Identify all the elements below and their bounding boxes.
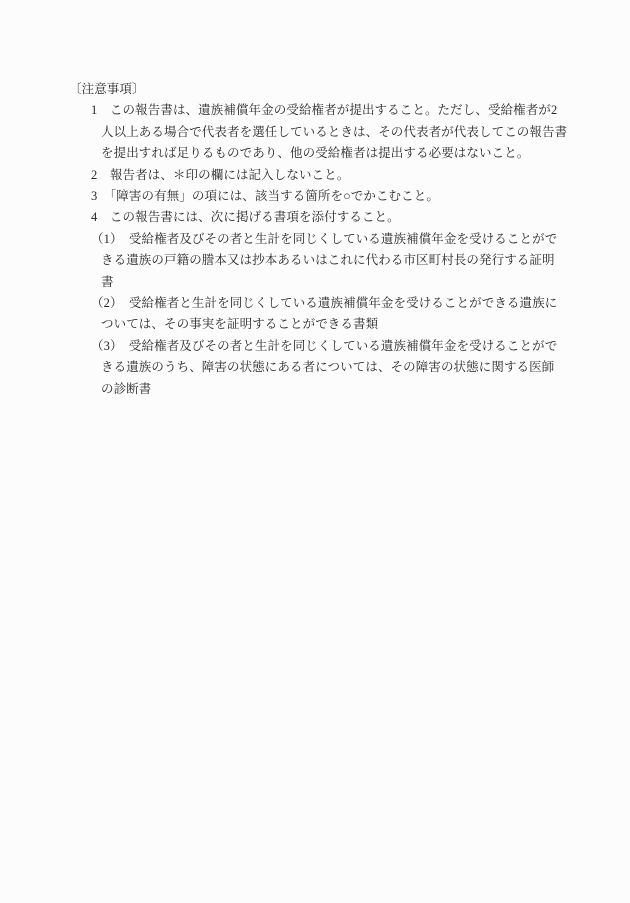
note-1-line-3: を提出すれば足りるものであり、他の受給権者は提出する必要はないこと。 [0, 143, 630, 164]
notes-section: 〔注意事項〕 1 この報告書は、遺族補償年金の受給権者が提出すること。ただし、受… [0, 79, 630, 400]
note-1-line-2: 人以上ある場合で代表者を選任しているときは、その代表者が代表してこの報告書 [0, 122, 630, 143]
note-4-sub-2-line-1: （2） 受給権者と生計を同じくしている遺族補償年金を受けることができる遺族に [0, 293, 630, 314]
note-4-sub-2-line-2: ついては、その事実を証明することができる書類 [0, 314, 630, 335]
note-1-line-1: 1 この報告書は、遺族補償年金の受給権者が提出すること。ただし、受給権者が2 [0, 100, 630, 121]
notes-heading: 〔注意事項〕 [0, 79, 630, 100]
note-3: 3 「障害の有無」の項には、該当する箇所を○でかこむこと。 [0, 186, 630, 207]
note-4-sub-3-line-2: きる遺族のうち、障害の状態にある者については、その障害の状態に関する医師 [0, 357, 630, 378]
note-4-sub-3-line-1: （3） 受給権者及びその者と生計を同じくしている遺族補償年金を受けることがで [0, 336, 630, 357]
note-4-sub-1-line-2: きる遺族の戸籍の謄本又は抄本あるいはこれに代わる市区町村長の発行する証明 [0, 250, 630, 271]
note-2: 2 報告者は、＊印の欄には記入しないこと。 [0, 165, 630, 186]
note-4-sub-1-line-1: （1） 受給権者及びその者と生計を同じくしている遺族補償年金を受けることがで [0, 229, 630, 250]
note-4-sub-1-line-3: 書 [0, 272, 630, 293]
note-4: 4 この報告書には、次に掲げる書項を添付すること。 [0, 207, 630, 228]
document-page: 〔注意事項〕 1 この報告書は、遺族補償年金の受給権者が提出すること。ただし、受… [0, 0, 630, 903]
note-4-sub-3-line-3: の診断書 [0, 379, 630, 400]
